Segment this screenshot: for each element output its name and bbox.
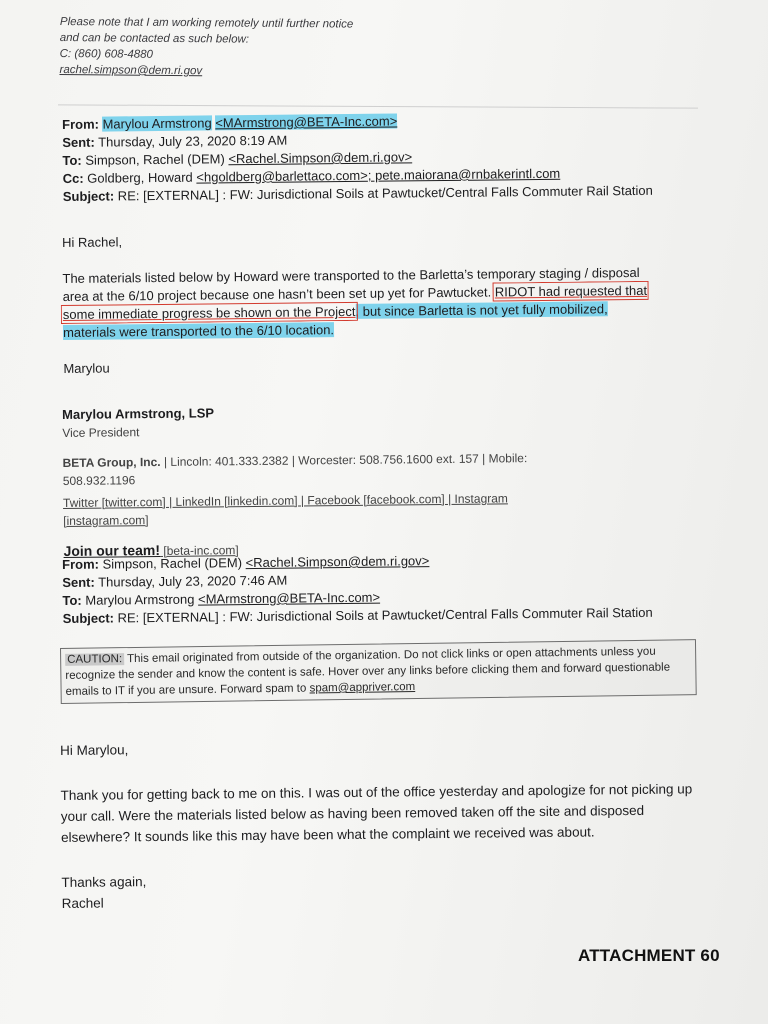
from-address[interactable]: <MArmstrong@BETA-Inc.com> — [215, 113, 397, 130]
divider — [58, 104, 698, 108]
caution-tag: CAUTION: — [65, 653, 124, 666]
note-email: rachel.simpson@dem.ri.gov — [59, 62, 353, 81]
spam-link[interactable]: spam@appriver.com — [309, 681, 415, 694]
scanned-page: Please note that I am working remotely u… — [0, 0, 768, 1024]
email1-header: From: Marylou Armstrong <MArmstrong@BETA… — [62, 109, 713, 206]
body-paragraph: Thank you for getting back to me on this… — [60, 778, 701, 848]
to-address[interactable]: <MArmstrong@BETA-Inc.com> — [198, 590, 380, 607]
email2-header: From: Simpson, Rachel (DEM) <Rachel.Simp… — [62, 549, 713, 628]
to-name: Marylou Armstrong — [85, 592, 194, 608]
cc-address-2[interactable]: ; pete.maiorana@rnbakerintl.com — [368, 166, 561, 183]
subject: RE: [EXTERNAL] : FW: Jurisdictional Soil… — [117, 605, 652, 626]
body-paragraph: The materials listed below by Howard wer… — [62, 264, 663, 342]
subject: RE: [EXTERNAL] : FW: Jurisdictional Soil… — [118, 183, 653, 204]
from-name: Marylou Armstrong — [102, 115, 211, 131]
to-address[interactable]: <Rachel.Simpson@dem.ri.gov> — [228, 149, 412, 166]
email2-body: Hi Marylou, Thank you for getting back t… — [60, 733, 702, 914]
to-name: Simpson, Rachel (DEM) — [85, 151, 225, 167]
sent-date: Thursday, July 23, 2020 8:19 AM — [98, 133, 287, 150]
cc-address-1[interactable]: <hgoldberg@barlettaco.com> — [196, 168, 368, 185]
attachment-label: ATTACHMENT 60 — [578, 946, 720, 966]
email1-body: Hi Rachel, The materials listed below by… — [62, 228, 663, 378]
cc-name: Goldberg, Howard — [87, 170, 193, 186]
caution-banner: CAUTION: This email originated from outs… — [60, 639, 697, 704]
from-address[interactable]: <Rachel.Simpson@dem.ri.gov> — [246, 553, 430, 570]
signature-block: Marylou Armstrong, LSP Vice President BE… — [62, 399, 694, 561]
remote-work-note: Please note that I am working remotely u… — [59, 14, 353, 81]
from-name: Simpson, Rachel (DEM) — [102, 555, 242, 571]
sent-date: Thursday, July 23, 2020 7:46 AM — [98, 573, 287, 590]
